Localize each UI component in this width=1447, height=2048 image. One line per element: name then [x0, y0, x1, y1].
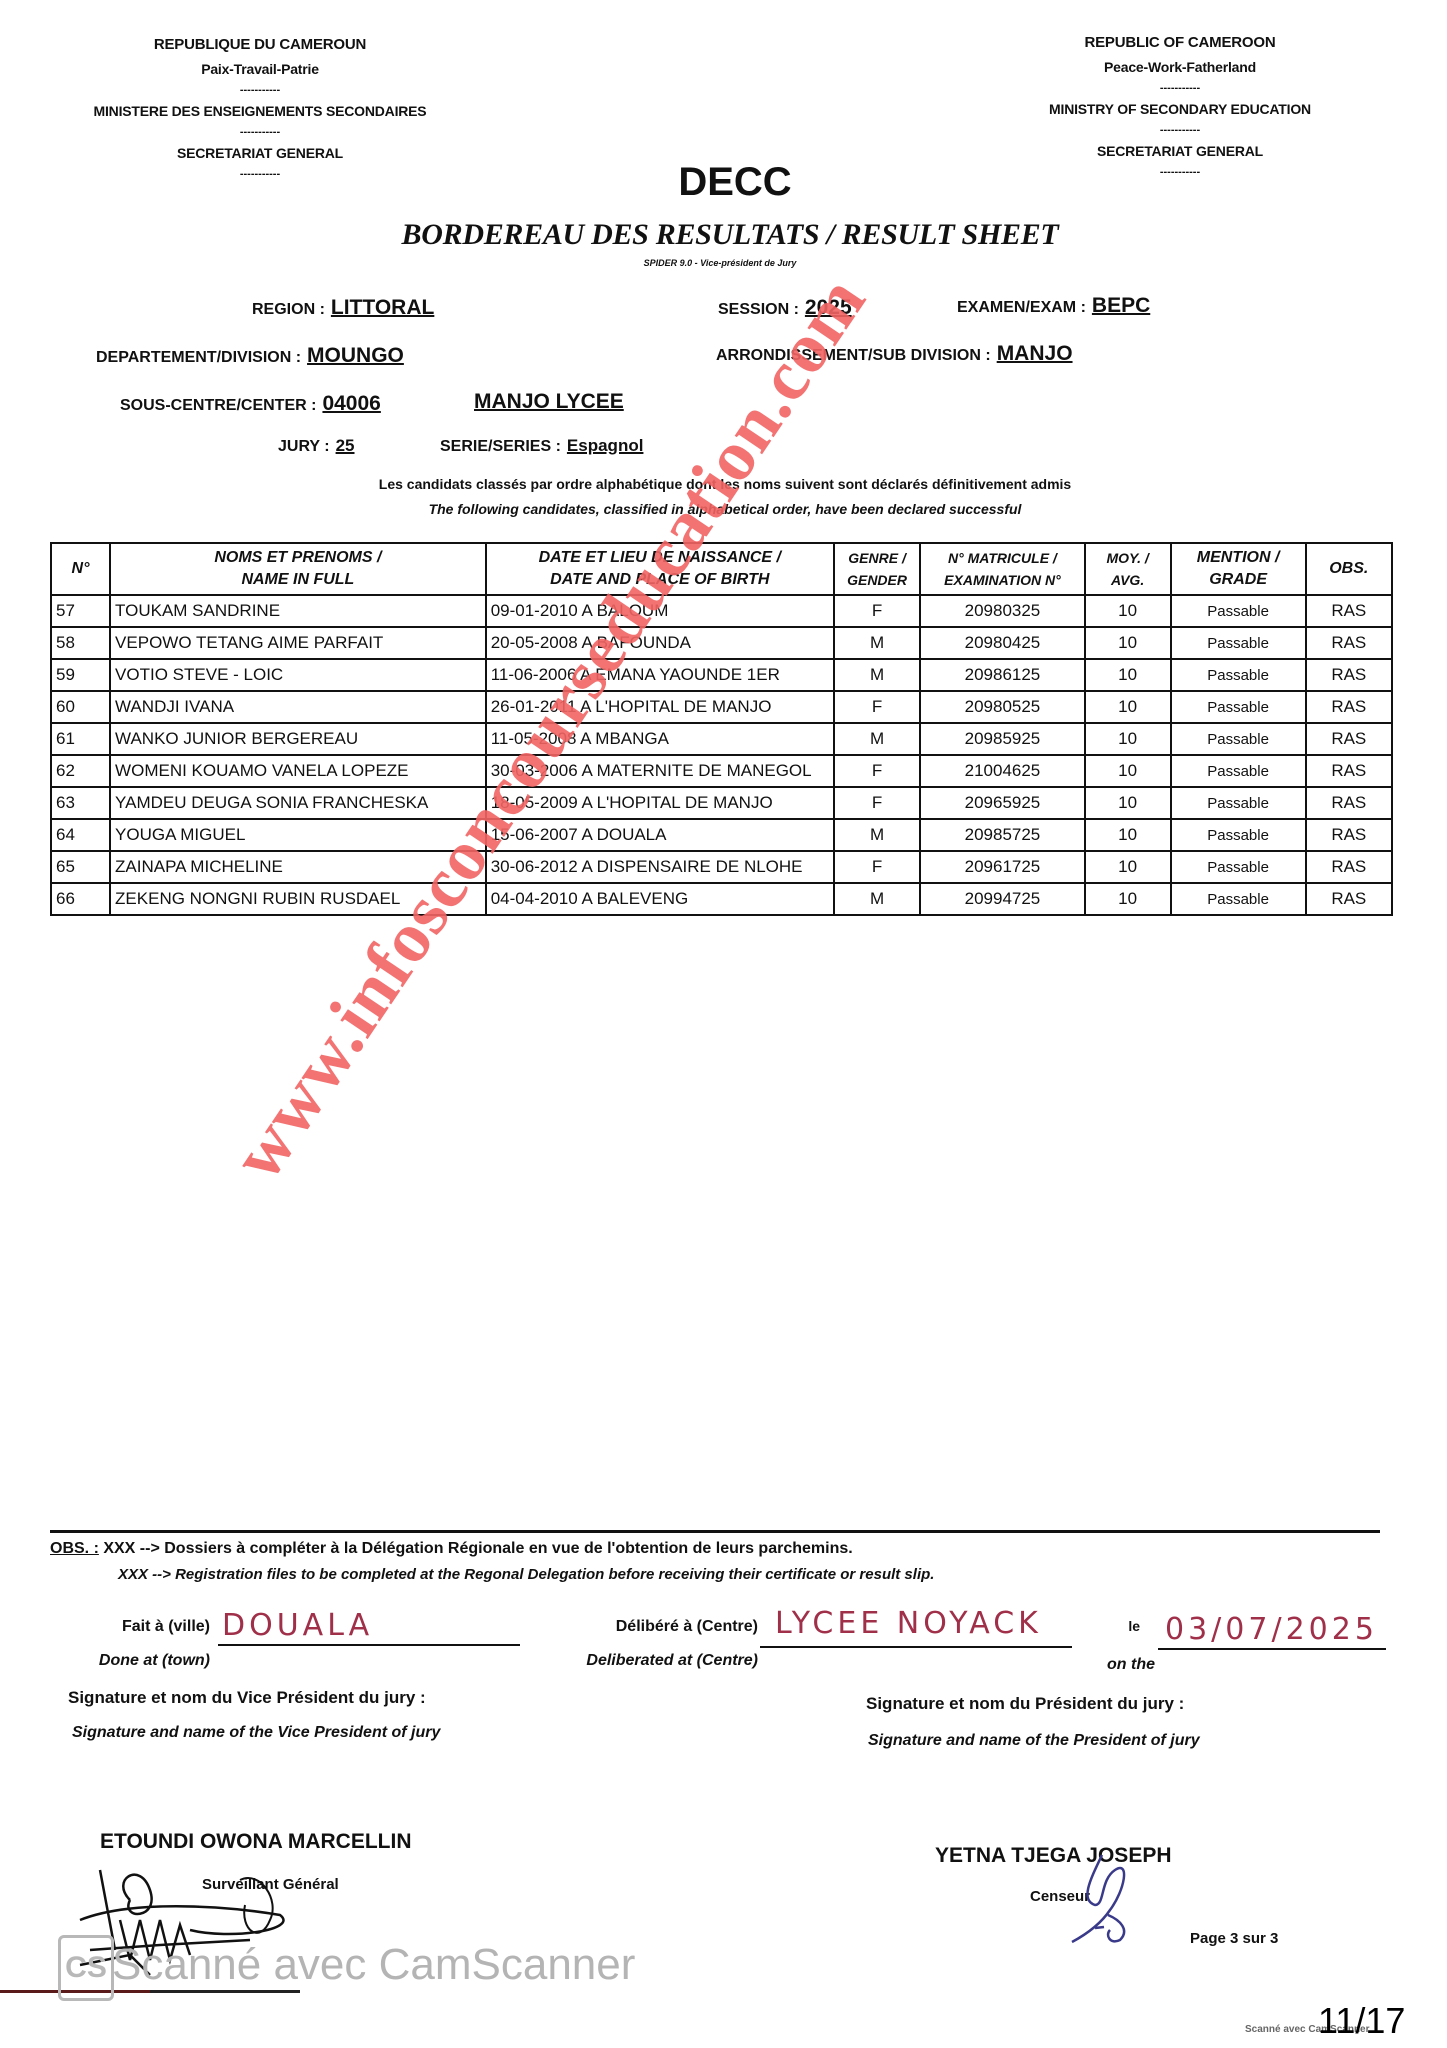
exam-number: 20985925 — [920, 723, 1084, 755]
center-code: 04006 — [322, 392, 380, 415]
grade: Passable — [1171, 691, 1306, 723]
grade: Passable — [1171, 851, 1306, 883]
row-number: 60 — [51, 691, 110, 723]
secretariat-en: SECRETARIAT GENERAL — [1010, 139, 1350, 163]
motto-fr: Paix-Travail-Patrie — [60, 57, 460, 81]
done-at-underline — [218, 1644, 520, 1646]
column-header: MOY. /AVG. — [1085, 543, 1171, 595]
column-header-line: N° MATRICULE / — [925, 547, 1079, 569]
region-field: REGION :LITTORAL — [252, 296, 434, 320]
country-fr: REPUBLIQUE DU CAMEROUN — [60, 33, 460, 57]
table-row: 61WANKO JUNIOR BERGEREAU11-05-2008 A MBA… — [51, 723, 1392, 755]
row-number: 57 — [51, 595, 110, 627]
separator: ----------- — [1010, 79, 1350, 97]
date-underline — [1158, 1648, 1386, 1650]
average: 10 — [1085, 595, 1171, 627]
grade: Passable — [1171, 659, 1306, 691]
gender: M — [834, 627, 920, 659]
country-en: REPUBLIC OF CAMEROON — [1010, 31, 1350, 55]
date-value: 03/07/2025 — [1165, 1612, 1378, 1647]
row-number: 61 — [51, 723, 110, 755]
average: 10 — [1085, 787, 1171, 819]
page-indicator: Page 3 sur 3 — [1190, 1930, 1278, 1947]
column-header-line: OBS. — [1311, 558, 1387, 580]
column-header: GENRE /GENDER — [834, 543, 920, 595]
column-header-line: MOY. / — [1090, 547, 1166, 569]
observation: RAS — [1306, 851, 1392, 883]
candidate-name: WANKO JUNIOR BERGEREAU — [110, 723, 486, 755]
software-note: SPIDER 9.0 - Vice-président de Jury — [560, 258, 880, 268]
candidate-name: WANDJI IVANA — [110, 691, 486, 723]
exam-number: 20965925 — [920, 787, 1084, 819]
table-row: 64YOUGA MIGUEL15-06-2007 A DOUALAM209857… — [51, 819, 1392, 851]
observation: RAS — [1306, 819, 1392, 851]
motto-en: Peace-Work-Fatherland — [1010, 55, 1350, 79]
separator: ----------- — [60, 81, 460, 99]
grade: Passable — [1171, 883, 1306, 915]
results-table: N°NOMS ET PRENOMS /NAME IN FULLDATE ET L… — [50, 542, 1393, 916]
average: 10 — [1085, 659, 1171, 691]
row-number: 65 — [51, 851, 110, 883]
grade: Passable — [1171, 723, 1306, 755]
column-header: OBS. — [1306, 543, 1392, 595]
exam-value: BEPC — [1092, 294, 1150, 317]
row-number: 59 — [51, 659, 110, 691]
column-header: NOMS ET PRENOMS /NAME IN FULL — [110, 543, 486, 595]
gender: M — [834, 659, 920, 691]
observation: RAS — [1306, 691, 1392, 723]
gender: M — [834, 723, 920, 755]
average: 10 — [1085, 723, 1171, 755]
candidate-name: TOUKAM SANDRINE — [110, 595, 486, 627]
division-field: DEPARTEMENT/DIVISION :MOUNGO — [96, 344, 404, 368]
column-header-line: MENTION / — [1176, 547, 1301, 569]
president-signature-label-en: Signature and name of the President of j… — [868, 1732, 1200, 1750]
grade: Passable — [1171, 627, 1306, 659]
gender: F — [834, 851, 920, 883]
center-label: SOUS-CENTRE/CENTER : — [120, 397, 316, 414]
candidate-name: VEPOWO TETANG AIME PARFAIT — [110, 627, 486, 659]
secretariat-fr: SECRETARIAT GENERAL — [60, 141, 460, 165]
exam-number: 20986125 — [920, 659, 1084, 691]
done-at-label-en: Done at (town) — [40, 1652, 210, 1670]
done-at-label-fr: Fait à (ville) — [60, 1618, 210, 1636]
observation: RAS — [1306, 883, 1392, 915]
sheet-title: BORDEREAU DES RESULTATS / RESULT SHEET — [300, 218, 1160, 252]
done-at-value: DOUALA — [222, 1608, 373, 1643]
president-signature-icon — [1060, 1850, 1150, 1950]
column-header-line: GRADE — [1176, 569, 1301, 591]
grade: Passable — [1171, 595, 1306, 627]
region-label: REGION : — [252, 301, 325, 318]
grade: Passable — [1171, 755, 1306, 787]
observation: RAS — [1306, 627, 1392, 659]
header-right-english: REPUBLIC OF CAMEROON Peace-Work-Fatherla… — [1010, 31, 1350, 181]
average: 10 — [1085, 691, 1171, 723]
vp-signature-label-fr: Signature et nom du Vice Président du ju… — [68, 1688, 426, 1708]
jury-label: JURY : — [278, 438, 330, 455]
camscanner-logo-icon: CS — [58, 1935, 114, 2001]
date-label-fr: le — [1100, 1618, 1140, 1634]
series-label: SERIE/SERIES : — [440, 438, 561, 455]
observation: RAS — [1306, 755, 1392, 787]
row-number: 66 — [51, 883, 110, 915]
header-left-french: REPUBLIQUE DU CAMEROUN Paix-Travail-Patr… — [60, 33, 460, 183]
observation: RAS — [1306, 595, 1392, 627]
date-label-en: on the — [1080, 1656, 1155, 1674]
divider — [50, 1530, 1380, 1533]
separator: ----------- — [1010, 163, 1350, 181]
gender: F — [834, 755, 920, 787]
exam-field: EXAMEN/EXAM :BEPC — [957, 294, 1150, 318]
birth-date-place: 30-06-2012 A DISPENSAIRE DE NLOHE — [486, 851, 834, 883]
page-counter: 11/17 — [1318, 2000, 1405, 2042]
jury-value: 25 — [336, 436, 355, 455]
row-number: 58 — [51, 627, 110, 659]
center-name: MANJO LYCEE — [474, 390, 624, 413]
series-field: SERIE/SERIES :Espagnol — [440, 436, 643, 456]
birth-date-place: 04-04-2010 A BALEVENG — [486, 883, 834, 915]
division-value: MOUNGO — [307, 344, 404, 367]
observation: RAS — [1306, 787, 1392, 819]
average: 10 — [1085, 819, 1171, 851]
column-header: N° — [51, 543, 110, 595]
candidate-name: VOTIO STEVE - LOIC — [110, 659, 486, 691]
table-body: 57TOUKAM SANDRINE09-01-2010 A BALOUMF209… — [51, 595, 1392, 915]
gender: F — [834, 787, 920, 819]
obs-note-french: OBS. : XXX --> Dossiers à compléter à la… — [50, 1540, 853, 1558]
obs-text-fr: XXX --> Dossiers à compléter à la Déléga… — [99, 1540, 853, 1557]
column-header: MENTION /GRADE — [1171, 543, 1306, 595]
average: 10 — [1085, 755, 1171, 787]
deliberated-value: LYCEE NOYACK — [775, 1606, 1042, 1641]
separator: ----------- — [60, 123, 460, 141]
gender: F — [834, 691, 920, 723]
obs-note-english: XXX --> Registration files to be complet… — [118, 1566, 934, 1583]
column-header-line: AVG. — [1090, 569, 1166, 591]
average: 10 — [1085, 851, 1171, 883]
deliberated-label-fr: Délibéré à (Centre) — [540, 1618, 758, 1636]
division-label: DEPARTEMENT/DIVISION : — [96, 349, 301, 366]
birth-date-place: 15-06-2007 A DOUALA — [486, 819, 834, 851]
ministry-en: MINISTRY OF SECONDARY EDUCATION — [1010, 97, 1350, 121]
series-value: Espagnol — [567, 436, 644, 455]
exam-number: 20980525 — [920, 691, 1084, 723]
exam-number: 20980425 — [920, 627, 1084, 659]
table-row: 63YAMDEU DEUGA SONIA FRANCHESKA18-05-200… — [51, 787, 1392, 819]
jury-field: JURY :25 — [278, 436, 355, 456]
table-row: 57TOUKAM SANDRINE09-01-2010 A BALOUMF209… — [51, 595, 1392, 627]
column-header-line: N° — [56, 558, 105, 580]
gender: F — [834, 595, 920, 627]
column-header-line: NOMS ET PRENOMS / — [115, 547, 481, 569]
gender: M — [834, 883, 920, 915]
exam-number: 20980325 — [920, 595, 1084, 627]
table-row: 59VOTIO STEVE - LOIC11-06-2006 A EMANA Y… — [51, 659, 1392, 691]
exam-number: 20985725 — [920, 819, 1084, 851]
deliberated-label-en: Deliberated at (Centre) — [520, 1652, 758, 1670]
row-number: 64 — [51, 819, 110, 851]
president-signature-label-fr: Signature et nom du Président du jury : — [866, 1694, 1184, 1714]
observation: RAS — [1306, 659, 1392, 691]
ministry-fr: MINISTERE DES ENSEIGNEMENTS SECONDAIRES — [60, 99, 460, 123]
table-header-row: N°NOMS ET PRENOMS /NAME IN FULLDATE ET L… — [51, 543, 1392, 595]
camscanner-watermark: Scanné avec CamScanner — [112, 1940, 635, 1990]
average: 10 — [1085, 627, 1171, 659]
column-header-line: NAME IN FULL — [115, 569, 481, 591]
table-row: 62WOMENI KOUAMO VANELA LOPEZE30-03-2006 … — [51, 755, 1392, 787]
column-header-line: GENDER — [839, 569, 915, 591]
observation: RAS — [1306, 723, 1392, 755]
exam-number: 20961725 — [920, 851, 1084, 883]
center-name-field: MANJO LYCEE — [474, 390, 624, 414]
grade: Passable — [1171, 819, 1306, 851]
row-number: 63 — [51, 787, 110, 819]
row-number: 62 — [51, 755, 110, 787]
exam-label: EXAMEN/EXAM : — [957, 299, 1086, 316]
separator: ----------- — [60, 165, 460, 183]
deliberated-underline — [760, 1646, 1072, 1648]
candidate-name: WOMENI KOUAMO VANELA LOPEZE — [110, 755, 486, 787]
vp-signature-label-en: Signature and name of the Vice President… — [72, 1724, 440, 1742]
column-header-line: GENRE / — [839, 547, 915, 569]
table-row: 58VEPOWO TETANG AIME PARFAIT20-05-2008 A… — [51, 627, 1392, 659]
separator: ----------- — [1010, 121, 1350, 139]
subdivision-value: MANJO — [997, 342, 1073, 365]
candidate-name: YAMDEU DEUGA SONIA FRANCHESKA — [110, 787, 486, 819]
grade: Passable — [1171, 787, 1306, 819]
org-title: DECC — [620, 160, 850, 205]
region-value: LITTORAL — [331, 296, 434, 319]
table-row: 65ZAINAPA MICHELINE30-06-2012 A DISPENSA… — [51, 851, 1392, 883]
average: 10 — [1085, 883, 1171, 915]
column-header-line: EXAMINATION N° — [925, 569, 1079, 591]
table-row: 60WANDJI IVANA26-01-2011 A L'HOPITAL DE … — [51, 691, 1392, 723]
vp-name: ETOUNDI OWONA MARCELLIN — [100, 1830, 411, 1854]
table-row: 66ZEKENG NONGNI RUBIN RUSDAEL04-04-2010 … — [51, 883, 1392, 915]
center-field: SOUS-CENTRE/CENTER :04006 — [120, 392, 381, 416]
obs-label: OBS. : — [50, 1540, 99, 1557]
column-header: N° MATRICULE /EXAMINATION N° — [920, 543, 1084, 595]
exam-number: 20994725 — [920, 883, 1084, 915]
exam-number: 21004625 — [920, 755, 1084, 787]
gender: M — [834, 819, 920, 851]
